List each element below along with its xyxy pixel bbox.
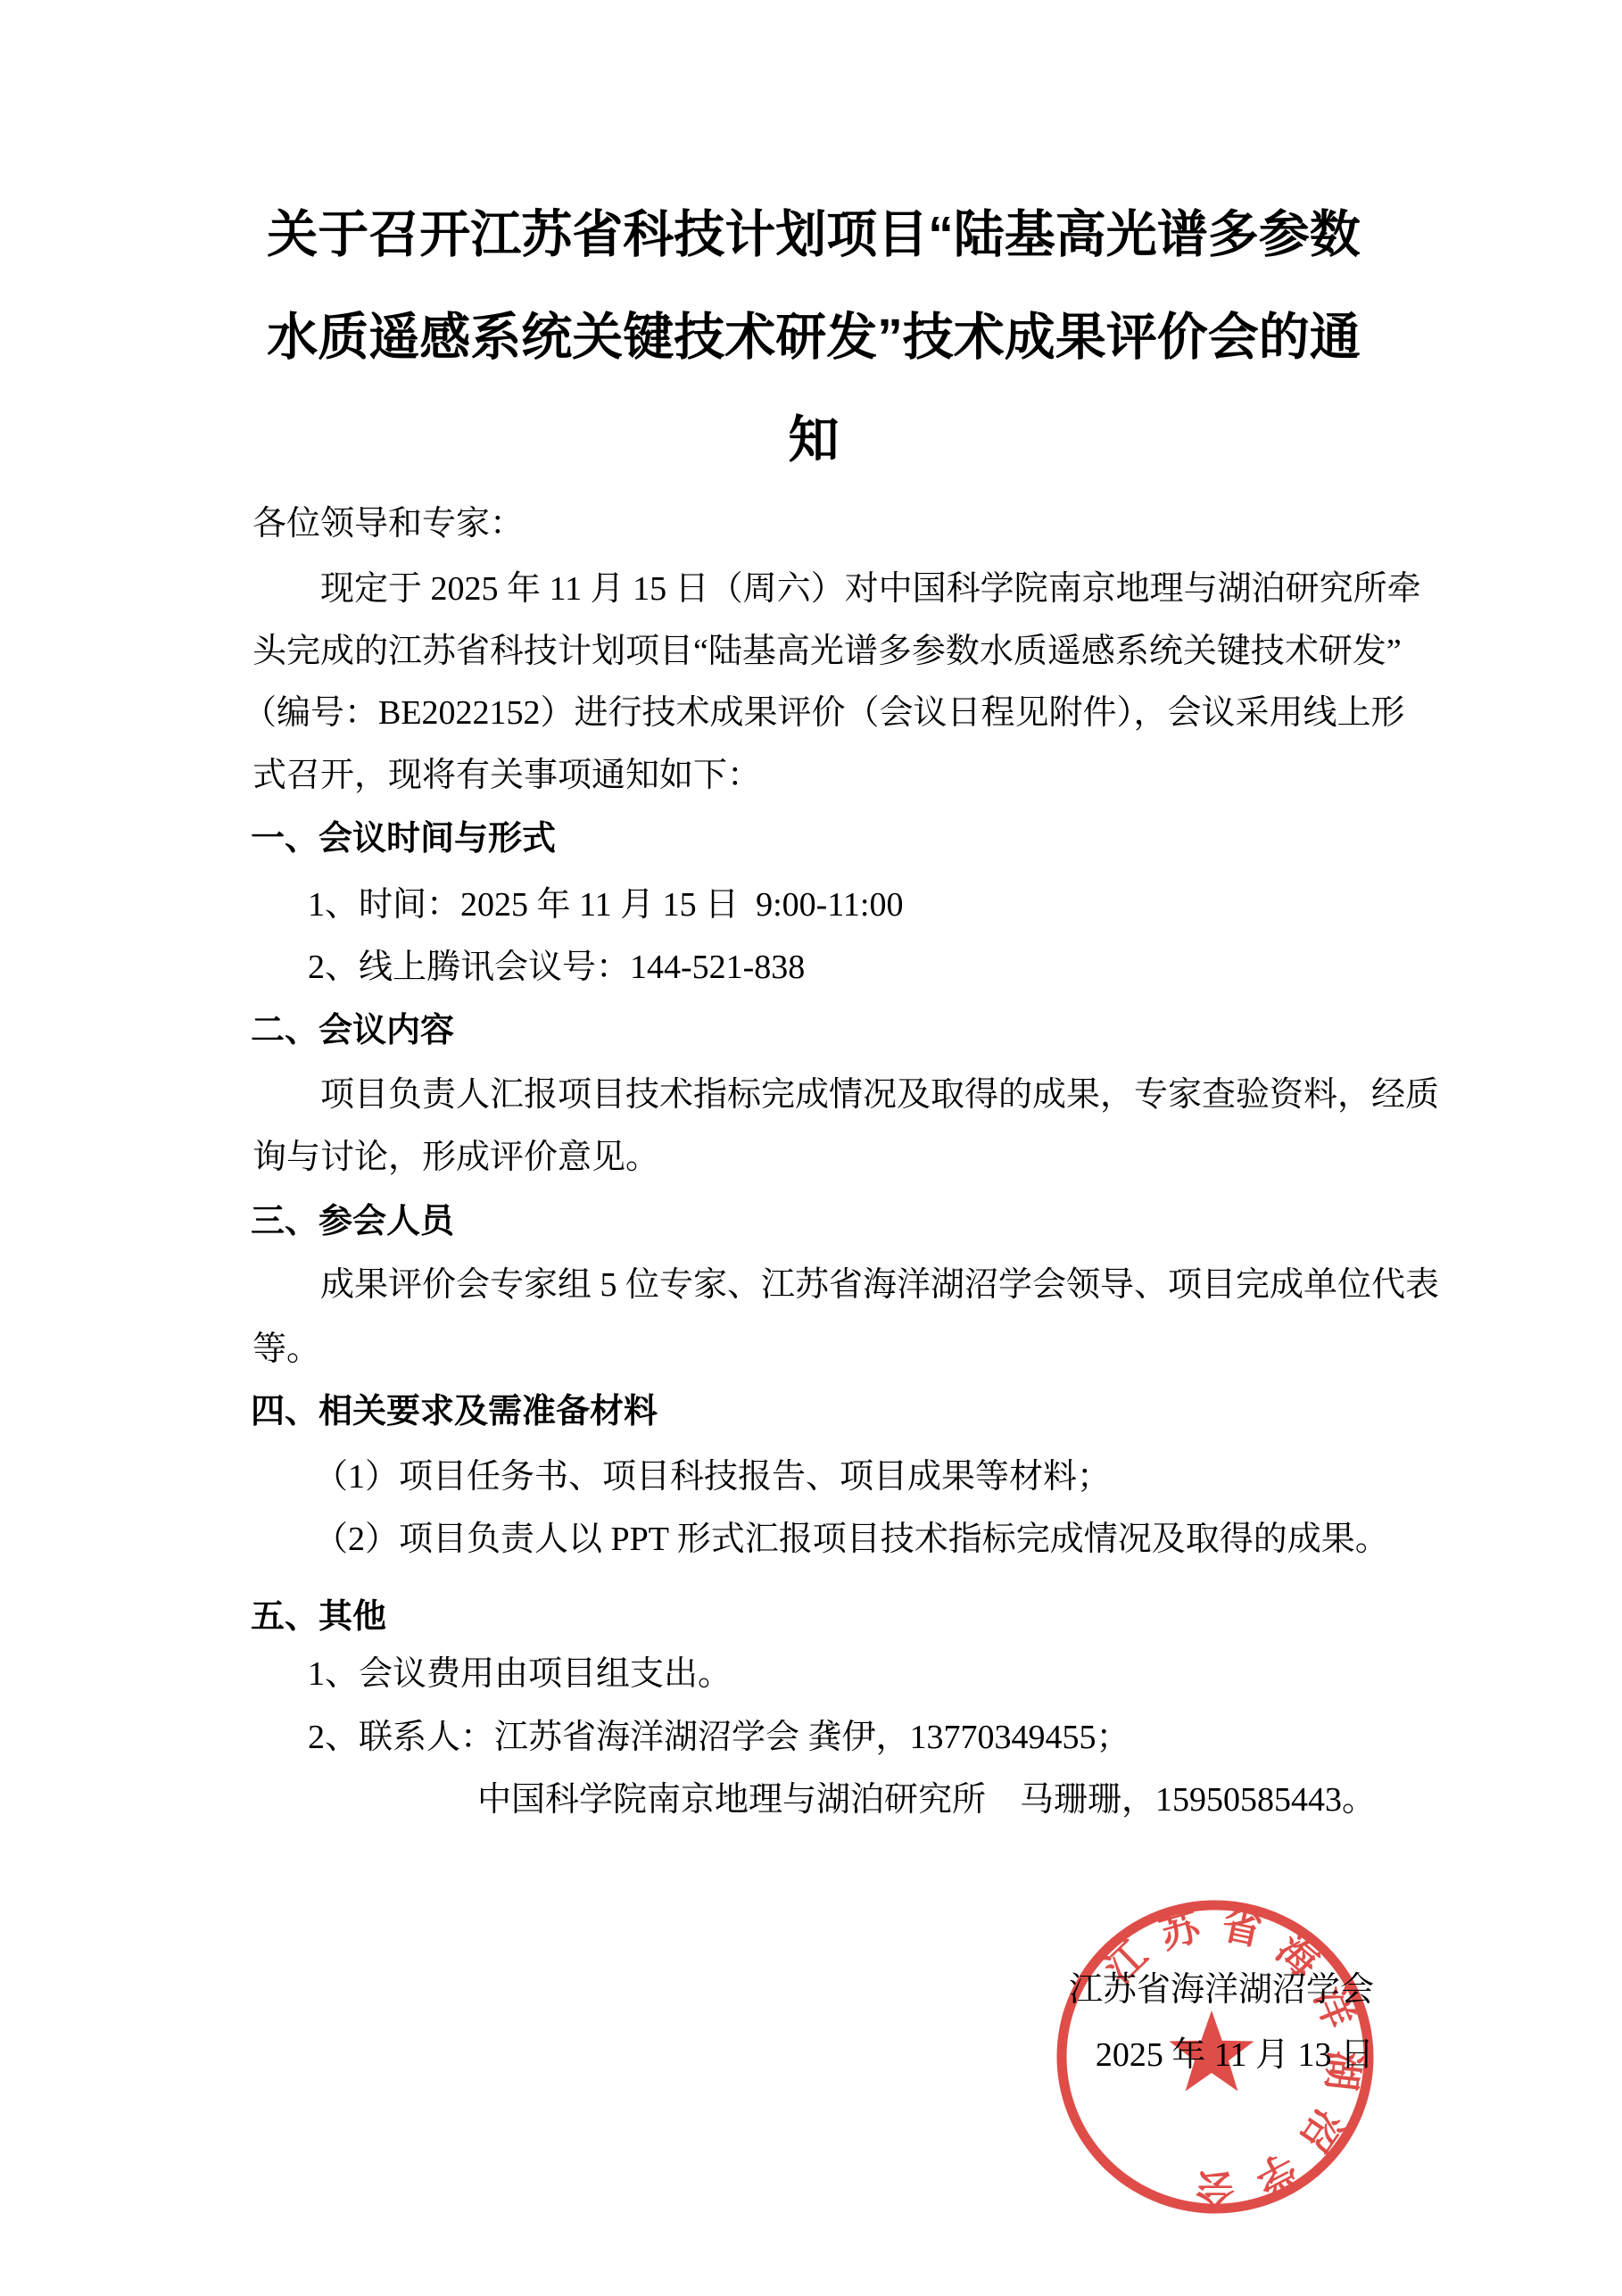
- section3-heading: 三、参会人员: [251, 1200, 454, 1243]
- section2-line2: 询与讨论，形成评价意见。: [252, 1136, 659, 1179]
- paragraph1-line4: 式召开，现将有关事项通知如下：: [252, 754, 761, 797]
- signature-org: 江苏省海洋湖沼学会: [892, 1969, 1374, 2011]
- section5-item2-contact1: 2、联系人：江苏省海洋湖沼学会 龚伊，13770349455；: [308, 1716, 1130, 1759]
- salutation: 各位领导和专家：: [252, 502, 524, 545]
- section1-item2: 2、线上腾讯会议号：144-521-838: [308, 946, 805, 989]
- section4-heading: 四、相关要求及需准备材料: [251, 1390, 658, 1433]
- section1-heading: 一、会议时间与形式: [251, 817, 556, 860]
- section3-line1: 成果评价会专家组 5 位专家、江苏省海洋湖沼学会领导、项目完成单位代表: [320, 1264, 1439, 1306]
- section5-heading: 五、其他: [251, 1596, 386, 1638]
- document-title-line-3: 知: [252, 411, 1375, 468]
- seal-ring-char: 会: [1196, 2167, 1235, 2210]
- section1-item1: 1、时间：2025 年 11 月 15 日 9:00-11:00: [308, 883, 903, 926]
- paragraph1-line3: （编号：BE2022152）进行技术成果评价（会议日程见附件），会议采用线上形: [243, 692, 1405, 734]
- document-title-line-2: 水质遥感系统关键技术研发”技术成果评价会的通: [252, 309, 1375, 366]
- paragraph1-line1: 现定于 2025 年 11 月 15 日（周六）对中国科学院南京地理与湖泊研究所…: [320, 568, 1421, 610]
- section4-item1: （1）项目任务书、项目科技报告、项目成果等材料；: [314, 1455, 1111, 1498]
- document-page: 关于召开江苏省科技计划项目“陆基高光谱多参数 水质遥感系统关键技术研发”技术成果…: [0, 0, 1622, 2296]
- section5-item1: 1、会议费用由项目组支出。: [308, 1653, 732, 1695]
- section2-heading: 二、会议内容: [251, 1009, 454, 1052]
- paragraph1-line2: 头完成的江苏省科技计划项目“陆基高光谱多参数水质遥感系统关键技术研发”: [252, 630, 1402, 673]
- section2-line1: 项目负责人汇报项目技术指标完成情况及取得的成果，专家查验资料，经质: [320, 1073, 1439, 1116]
- document-title-line-1: 关于召开江苏省科技计划项目“陆基高光谱多参数: [252, 206, 1375, 263]
- section5-item2-contact2: 中国科学院南京地理与湖泊研究所 马珊珊，15950585443。: [477, 1778, 1376, 1821]
- signature-date: 2025 年 11 月 13 日: [892, 2034, 1374, 2076]
- seal-ring-char: 学: [1247, 2144, 1303, 2201]
- seal-ring-char: 省: [1218, 1903, 1265, 1954]
- section4-item2: （2）项目负责人以 PPT 形式汇报项目技术指标完成情况及取得的成果。: [314, 1518, 1389, 1561]
- section3-line2: 等。: [252, 1328, 320, 1371]
